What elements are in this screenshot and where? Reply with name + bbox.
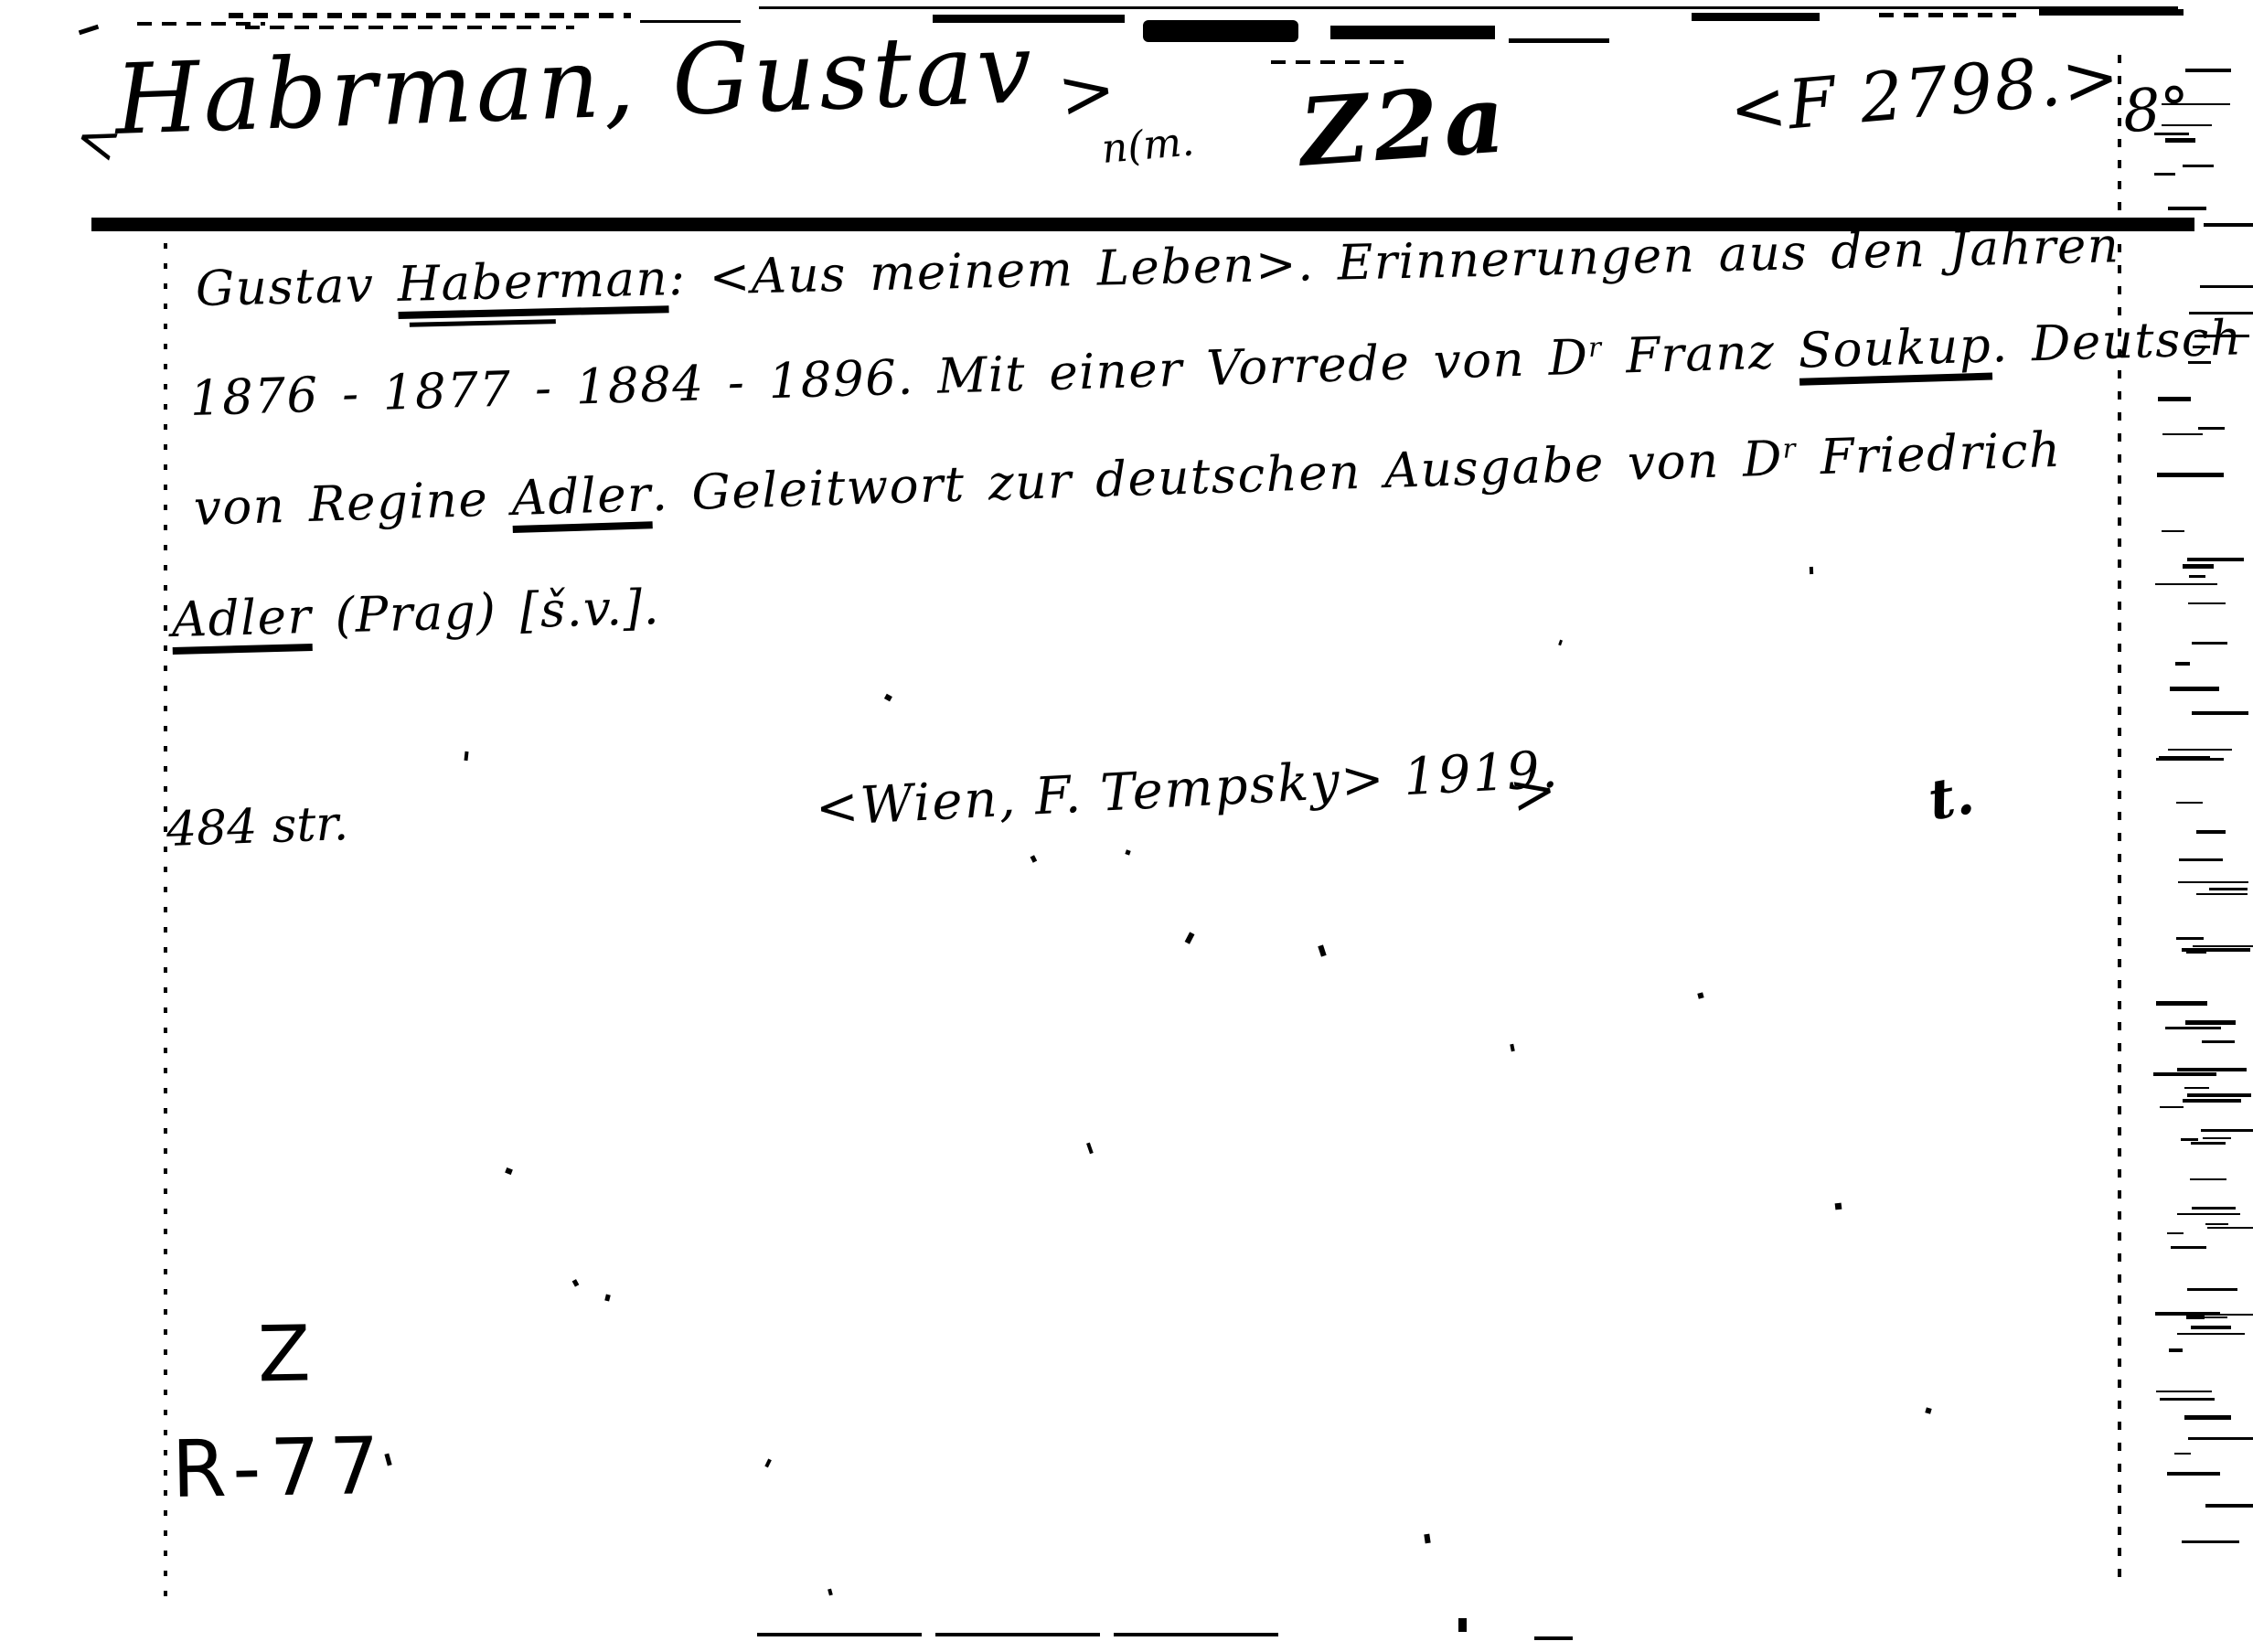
scan-noise-dash [2165, 138, 2195, 143]
scan-noise-dash [2190, 1178, 2226, 1180]
scan-noise-speck [1184, 932, 1194, 944]
scan-noise-dash [2181, 1138, 2197, 1140]
scan-noise-dash [2167, 1232, 2184, 1235]
scan-noise-dash [2209, 888, 2248, 890]
scan-noise-speck [1318, 944, 1327, 956]
text-segment: . Geleitwort zur deutschen Ausgabe von D [651, 431, 1784, 522]
scan-noise-top [1143, 20, 1298, 42]
scan-noise-speck [764, 1459, 772, 1468]
text-segment: Gustav [195, 257, 398, 317]
scan-noise-dash [2175, 662, 2190, 665]
scan-noise-speck [1697, 992, 1704, 999]
scan-noise-dash [2162, 103, 2231, 106]
scan-noise-dash [2176, 802, 2203, 804]
scan-noise-dash [2188, 361, 2212, 364]
scan-noise-dash [2174, 1453, 2191, 1455]
scan-noise-dash [2193, 945, 2253, 947]
scan-noise-dash [2191, 1326, 2232, 1329]
underlined-name: Haberman [397, 254, 669, 319]
scan-noise-dash [2177, 1068, 2247, 1071]
scan-noise-speck [1558, 640, 1563, 646]
extent-pages: 484 str. [166, 796, 349, 858]
title-line: Gustav Haberman: <Aus meinem Leben>. Eri… [195, 218, 2120, 324]
scan-noise-dash [2192, 711, 2248, 715]
scan-noise-bottom [1458, 1618, 1467, 1632]
scan-noise-dash [2185, 69, 2232, 72]
title-line: von Regine Adler. Geleitwort zur deutsch… [193, 422, 2063, 543]
scan-noise-dash [2205, 1223, 2228, 1225]
scan-noise-dash [2178, 881, 2248, 883]
scan-noise-dash [2200, 285, 2253, 288]
scan-noise-speck [1835, 1203, 1842, 1210]
text-segment: Friedrich [1796, 422, 2062, 486]
scan-noise-dash [2168, 749, 2232, 751]
scan-noise-dash [2185, 1020, 2236, 1024]
scan-noise-speck [464, 751, 468, 762]
left-margin-dotted-line [164, 243, 167, 1598]
scan-noise-top [1330, 26, 1495, 39]
scan-noise-dash [2184, 1415, 2232, 1420]
scan-noise-dash [2162, 530, 2184, 532]
scan-noise-dash [2183, 165, 2214, 167]
scan-noise-dash [2177, 1213, 2240, 1216]
underlined-name: Soukup [1798, 322, 1992, 386]
scan-noise-dash [2198, 427, 2225, 430]
scan-noise-top [1271, 60, 1404, 64]
scan-noise-dash [2187, 1288, 2237, 1290]
text-segment: 1876 - 1877 - 1884 - 1896. Mit einer Vor… [189, 330, 1589, 427]
scan-noise-dash [2155, 1312, 2220, 1316]
title-line: 1876 - 1877 - 1884 - 1896. Mit einer Vor… [189, 310, 2244, 433]
scan-noise-speck [1810, 567, 1814, 574]
angle-mark-right: > [1053, 49, 1120, 135]
text-segment: (Prag) [š.v.]. [311, 580, 660, 645]
scan-noise-speck [1925, 1407, 1931, 1413]
scan-noise-top [229, 13, 631, 18]
scan-noise-dash [2159, 756, 2211, 760]
scan-noise-top [1692, 13, 1820, 21]
scan-noise-dash [2205, 1504, 2253, 1508]
scan-noise-top [1509, 38, 1609, 43]
shelfmark-letter: Z [257, 1309, 311, 1400]
shelfmark-number: R-77 [171, 1421, 389, 1516]
scan-noise-dash [2182, 1540, 2239, 1543]
scan-noise-dash [2204, 223, 2253, 228]
scan-noise-dash [2190, 1316, 2227, 1318]
author-heading: Habrman, Gustav [113, 12, 1037, 156]
scan-noise-dash [2188, 1437, 2253, 1440]
scan-noise-dash [2179, 858, 2223, 861]
classification-mark: Z2a [1297, 64, 1513, 188]
scan-noise-dash [2171, 1246, 2206, 1250]
scan-noise-dash [2167, 1472, 2220, 1476]
underlined-name: Adler [511, 470, 653, 533]
scan-noise-dash [2184, 1087, 2209, 1090]
scan-noise-dash [2162, 124, 2213, 126]
scan-noise-dash [2202, 1040, 2235, 1042]
scan-noise-dash [2189, 312, 2253, 314]
scan-noise-dash [2189, 575, 2205, 578]
scan-noise-dash [2162, 433, 2203, 436]
title-line: Adler (Prag) [š.v.]. [171, 580, 661, 655]
scan-noise-dash [2160, 1398, 2215, 1400]
scan-noise-dash [2186, 952, 2206, 954]
scan-noise-speck [1424, 1534, 1431, 1544]
accession-number: <F 2798.> [1726, 37, 2124, 150]
scan-noise-speck [505, 1167, 513, 1175]
scan-noise-dash [2177, 1333, 2246, 1335]
scan-noise-dash [2196, 893, 2248, 896]
imprint-publication: <Wien, F. Tempsky> 1919. [814, 740, 1561, 838]
scan-noise-dash [2176, 937, 2204, 940]
scan-noise-dash [2194, 335, 2248, 337]
scan-noise-dash [2187, 1093, 2251, 1097]
script-note: t. [1924, 762, 1979, 833]
text-segment: Franz [1602, 324, 1799, 385]
library-catalog-card: < Habrman, Gustav > n(m. Z2a <F 2798.> 8… [0, 0, 2253, 1652]
scan-noise-dash [2153, 1072, 2216, 1076]
scan-noise-dash [2158, 397, 2191, 401]
scan-noise-dash [2160, 1106, 2184, 1108]
scan-noise-dash [2207, 1227, 2253, 1229]
scan-noise-bottom [757, 1633, 1292, 1636]
scan-noise-speck [1086, 1143, 1093, 1155]
scan-noise-speck [828, 1589, 833, 1596]
scan-noise-speck [1030, 855, 1038, 863]
scan-noise-dash [2165, 1027, 2220, 1029]
scan-noise-dash [2183, 1099, 2241, 1103]
scan-noise-dash [2196, 830, 2226, 834]
scan-noise-dash [2188, 602, 2226, 604]
scan-noise-dash [2192, 1207, 2236, 1209]
scan-noise-dash [2183, 564, 2213, 569]
scan-noise-speck [884, 694, 892, 701]
pencil-annotation: n(m. [1100, 118, 1196, 173]
scan-noise-top [759, 6, 2178, 9]
text-segment: r [1782, 432, 1797, 464]
scan-noise-speck [1125, 849, 1131, 856]
scan-noise-dash [2156, 1001, 2207, 1006]
scan-noise-dash [2201, 1129, 2253, 1132]
scan-noise-dash [2157, 473, 2224, 477]
scan-noise-dash [2191, 1142, 2226, 1145]
scan-noise-speck [604, 1295, 610, 1302]
scan-noise-dash [2154, 133, 2188, 136]
underlined-name: Adler [171, 592, 313, 655]
scan-noise-dash [2169, 1348, 2183, 1351]
scan-noise-dash [2203, 1137, 2231, 1139]
scan-noise-dash [2154, 173, 2176, 176]
scan-noise-top [1879, 13, 2016, 17]
scan-noise-dash [2170, 687, 2219, 690]
scan-noise-dash [2187, 558, 2244, 561]
text-segment: r [1588, 332, 1603, 363]
scan-noise-dash [2156, 1391, 2211, 1393]
scan-noise-bottom [1534, 1636, 1573, 1640]
scan-noise-dash [2192, 642, 2227, 645]
scan-noise-dash [2155, 583, 2217, 585]
scan-noise-top [79, 25, 99, 36]
scan-noise-speck [572, 1279, 579, 1286]
scan-noise-speck [1510, 1044, 1515, 1051]
scan-noise-right-margin [2121, 0, 2253, 1652]
scan-noise-dash [2193, 346, 2210, 347]
scan-noise-dash [2168, 207, 2206, 210]
text-segment: von Regine [193, 471, 513, 537]
